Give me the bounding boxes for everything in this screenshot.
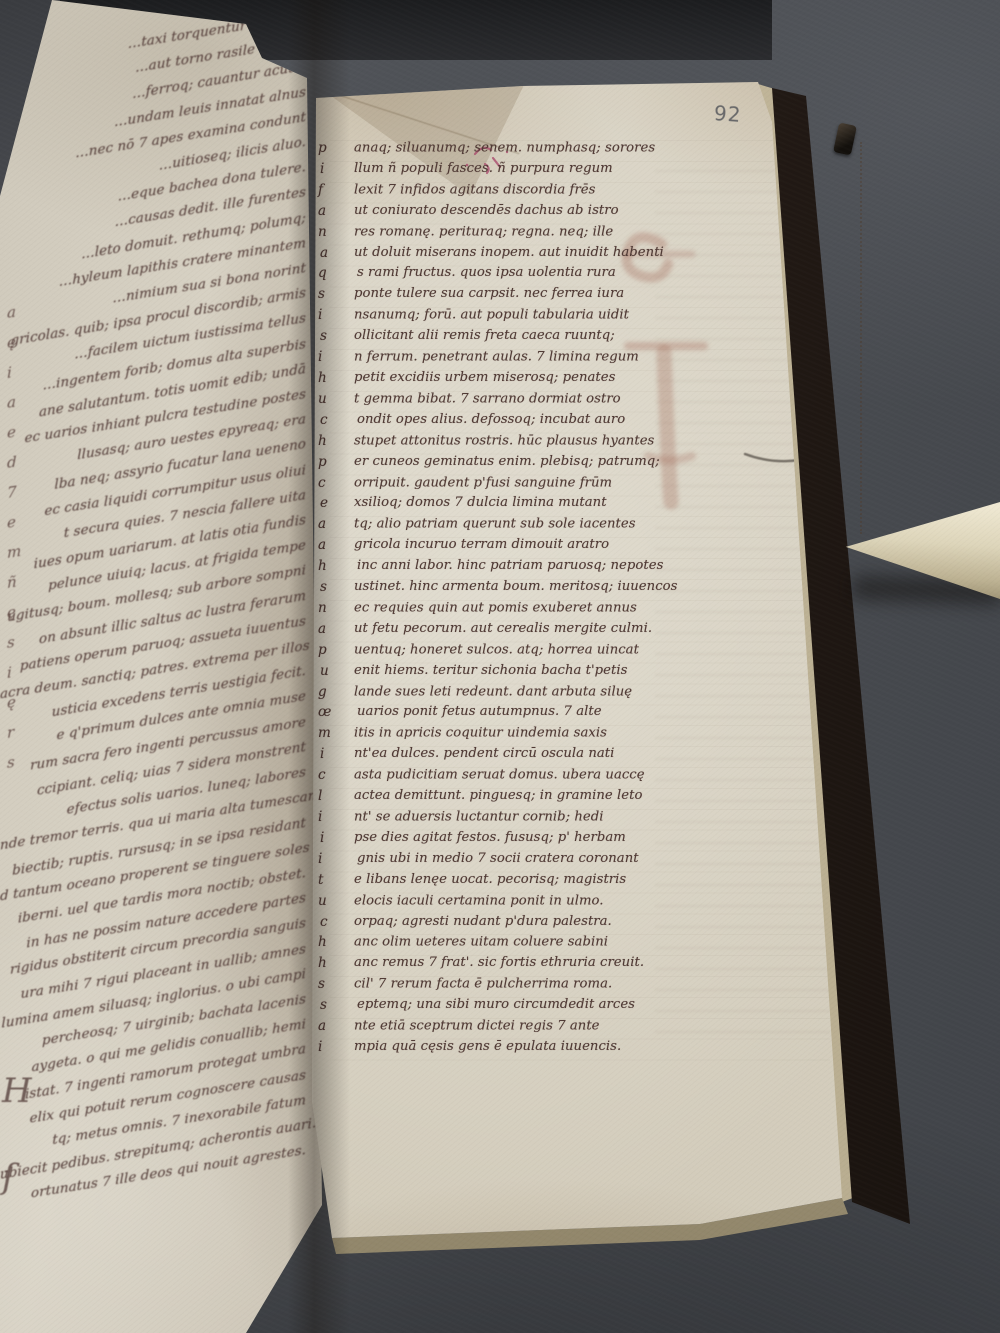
manuscript-line: e libans lenęe uocat. pecorisq; magistri… xyxy=(354,870,677,891)
folio-number: 92 xyxy=(713,101,742,127)
manuscript-line: n ferrum. penetrant aulas. 7 limina regu… xyxy=(354,347,677,368)
margin-initial: 7 xyxy=(7,476,21,508)
manuscript-line: anc olim ueteres uitam coluere sabini xyxy=(354,933,677,954)
margin-initial: i xyxy=(7,656,21,688)
manuscript-line: asta pudicitiam seruat domus. ubera uacc… xyxy=(354,766,677,787)
pricking-holes xyxy=(860,142,862,534)
manuscript-line: lexit 7 infidos agitans discordia frēs xyxy=(354,180,677,201)
manuscript-line: cil' 7 rerum facta ē pulcherrima roma. xyxy=(354,975,677,996)
left-page-margin-initials: aęiaed7emñęsięrs xyxy=(7,296,21,778)
manuscript-line: llum ñ populi fasces. ñ purpura regum xyxy=(354,159,677,180)
manuscript-photograph: …taxi torquentur in arcus…aut torno rasi… xyxy=(0,0,1000,1333)
manuscript-line: orpaq; agresti nudant p'dura palestra. xyxy=(354,912,677,933)
manuscript-line: inc anni labor. hinc patriam paruosq; ne… xyxy=(357,556,680,577)
margin-initial: ñ xyxy=(7,566,21,598)
manuscript-line: petit excidiis urbem miserosq; penates xyxy=(354,368,677,389)
margin-initial: ę xyxy=(7,596,21,628)
manuscript-line: nte etiā sceptrum dictei regis 7 ante xyxy=(354,1016,677,1037)
manuscript-line: lande sues leti redeunt. dant arbuta sil… xyxy=(354,682,677,703)
margin-initial: d xyxy=(7,446,21,478)
manuscript-line: enit hiems. teritur sichonia bacha t'pet… xyxy=(354,661,677,682)
manuscript-line: stupet attonitus rostris. hūc plausus hy… xyxy=(354,431,677,452)
manuscript-line: ustinet. hinc armenta boum. meritosq; iu… xyxy=(354,577,677,598)
left-page-text-column: …taxi torquentur in arcus…aut torno rasi… xyxy=(0,4,306,1212)
manuscript-line: t gemma bibat. 7 sarrano dormiat ostro xyxy=(354,389,677,410)
manuscript-line: ut doluit miserans inopem. aut inuidit h… xyxy=(354,243,677,264)
margin-initial: ę xyxy=(7,686,21,718)
margin-initial: s xyxy=(7,746,21,778)
manuscript-line: gnis ubi in medio 7 socii cratera corona… xyxy=(357,849,680,870)
manuscript-line: ollicitant alii remis freta caeca ruuntq… xyxy=(354,326,677,347)
manuscript-line: ondit opes alius. defossoq; incubat auro xyxy=(357,410,680,431)
margin-initial: s xyxy=(7,626,21,658)
manuscript-line: actea demittunt. pinguesq; in gramine le… xyxy=(354,786,677,807)
margin-initial: a xyxy=(7,296,21,328)
right-page-text-block: pifanaqsisihuchpceaahsnapugœmicliiituchh… xyxy=(318,138,677,1058)
manuscript-line: nt'ea dulces. pendent circū oscula nati xyxy=(354,744,677,765)
margin-initial: e xyxy=(7,506,21,538)
manuscript-line: pse dies agitat festos. fususq; p' herba… xyxy=(354,828,677,849)
manuscript-line: anc remus 7 frat'. sic fortis ethruria c… xyxy=(354,953,677,974)
margin-initial: m xyxy=(7,536,21,568)
manuscript-line: mpia quā cęsis gens ē epulata iuuencis. xyxy=(354,1037,677,1058)
manuscript-line: ut coniurato descendēs dachus ab istro xyxy=(354,201,677,222)
manuscript-line: uarios ponit fetus autumpnus. 7 alte xyxy=(357,702,680,723)
manuscript-line: nsanumq; forū. aut populi tabularia uidi… xyxy=(354,306,677,327)
manuscript-line: eptemq; una sibi muro circumdedit arces xyxy=(357,995,680,1016)
manuscript-line: gricola incuruo terram dimouit aratro xyxy=(354,535,677,556)
manuscript-line: elocis iaculi certamina ponit in ulmo. xyxy=(354,891,677,912)
left-page-display-initials: Hſ xyxy=(2,1048,32,1220)
manuscript-line: uentuq; honeret sulcos. atq; horrea uinc… xyxy=(354,640,677,661)
display-initial: ſ xyxy=(2,1134,32,1220)
margin-initial: i xyxy=(7,356,21,388)
gutter-shadow xyxy=(288,0,350,1333)
margin-initial: e xyxy=(7,416,21,448)
margin-initial: ę xyxy=(7,326,21,358)
manuscript-line: nt' se aduersis luctantur cornib; hedi xyxy=(354,807,677,828)
manuscript-line: tq; alio patriam querunt sub sole iacent… xyxy=(354,515,677,536)
manuscript-line: xsilioq; domos 7 dulcia limina mutant xyxy=(354,493,677,514)
manuscript-line: orripuit. gaudent p'fusi sanguine frūm xyxy=(354,473,677,494)
manuscript-line: anaq; siluanumq; senem. numphasq; sorore… xyxy=(354,138,677,159)
manuscript-line: ec requies quin aut pomis exuberet annus xyxy=(354,598,677,619)
clasp-remnant xyxy=(833,122,857,155)
manuscript-line: s rami fructus. quos ipsa uolentia rura xyxy=(357,263,680,284)
manuscript-line: er cuneos geminatus enim. plebisq; patru… xyxy=(354,452,677,473)
right-page-text-column: anaq; siluanumq; senem. numphasq; sorore… xyxy=(354,138,677,1058)
manuscript-line: itis in apricis coquitur uindemia saxis xyxy=(354,724,677,745)
margin-initial: r xyxy=(7,716,21,748)
manuscript-line: res romanę. perituraq; regna. neq; ille xyxy=(354,222,677,243)
margin-initial: a xyxy=(7,386,21,418)
manuscript-line: ponte tulere sua carpsit. nec ferrea iur… xyxy=(354,284,677,305)
manuscript-line: ut fetu pecorum. aut cerealis mergite cu… xyxy=(354,619,677,640)
display-initial: H xyxy=(2,1048,32,1134)
